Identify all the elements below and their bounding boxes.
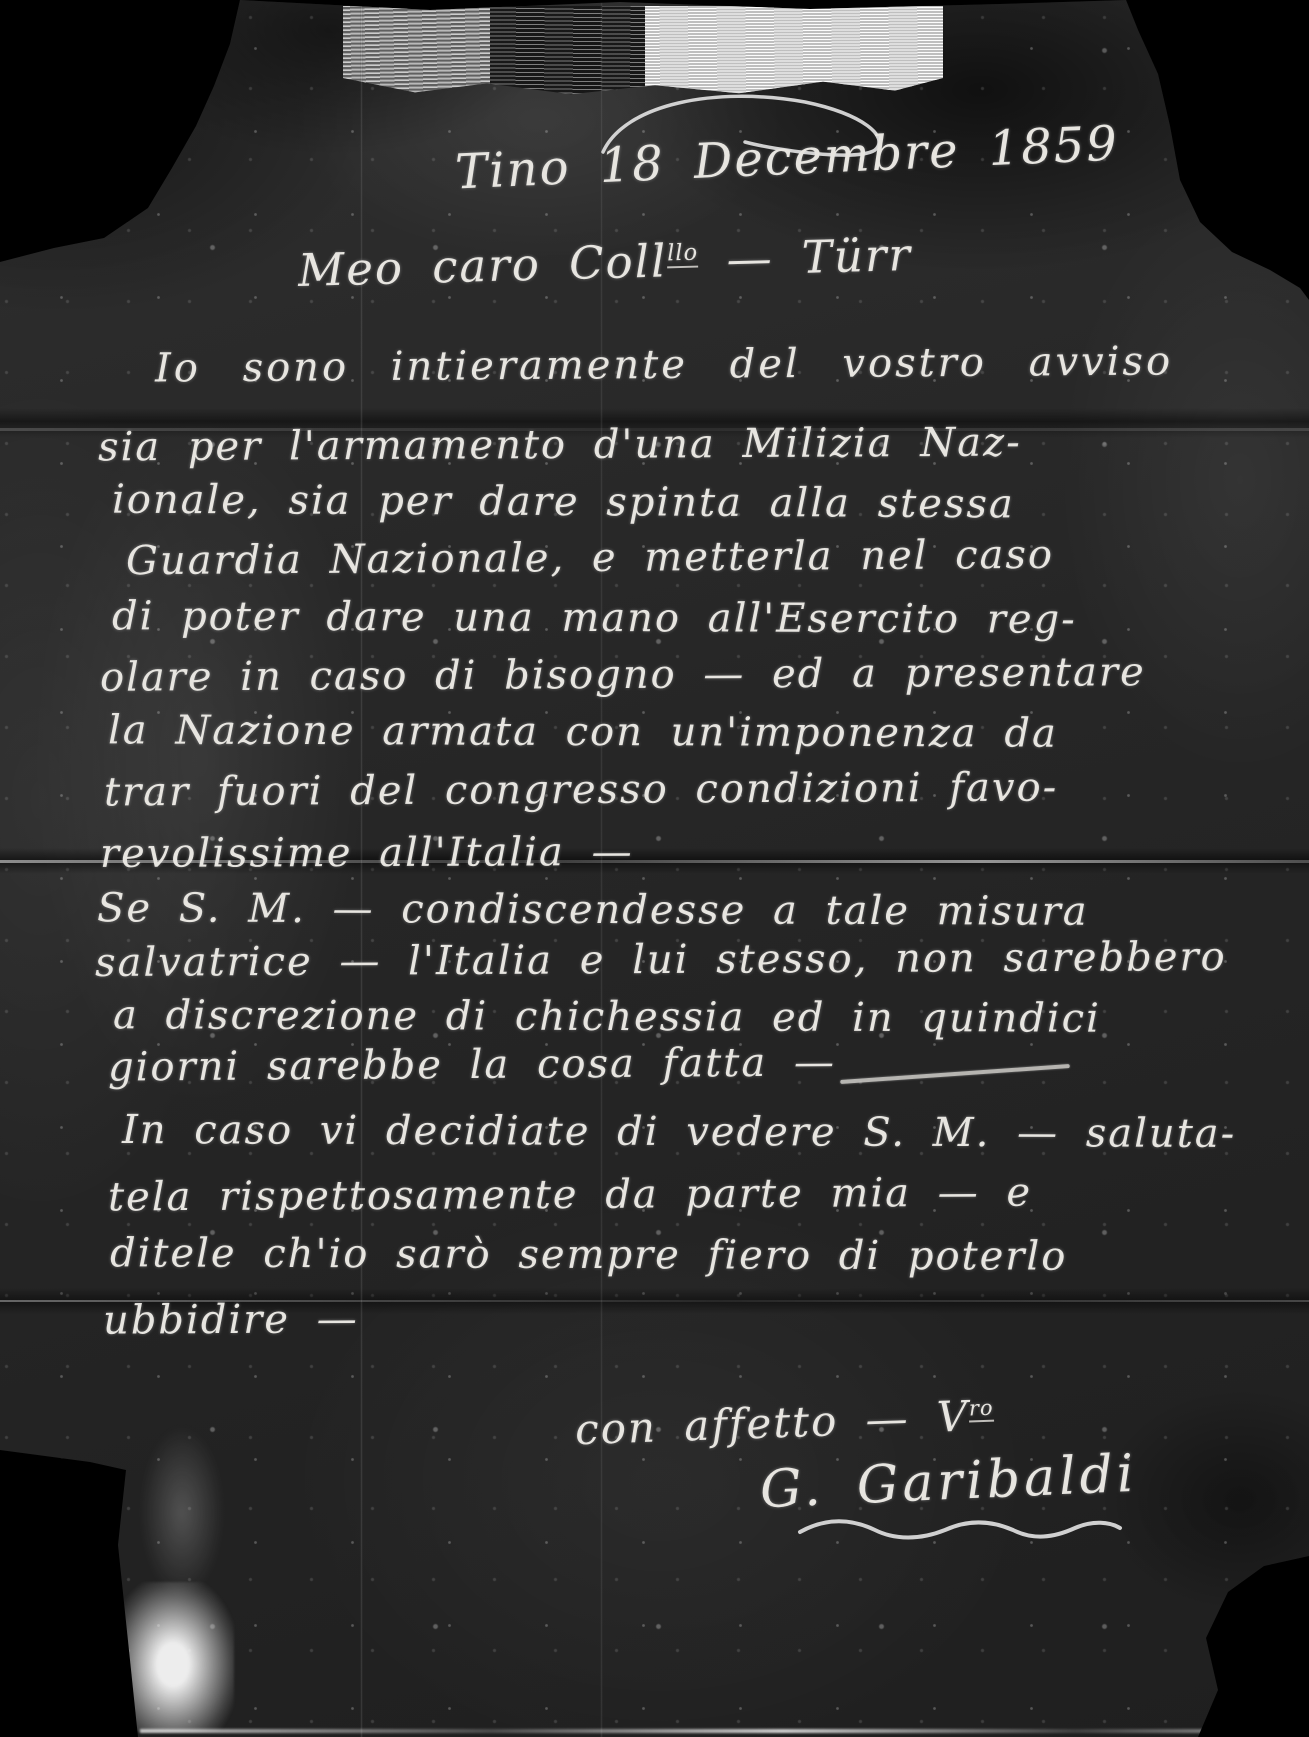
body-line: ditele ch'io sarò sempre fiero di poterl… bbox=[110, 1233, 1067, 1276]
body-line: tela rispettosamente da parte mia — e bbox=[108, 1173, 1032, 1218]
strikethrough-mark bbox=[840, 1064, 1070, 1084]
closing-superscript: ro bbox=[968, 1396, 994, 1423]
salutation: Meo caro Collllo — Türr bbox=[297, 228, 912, 297]
body-line: Guardia Nazionale, e metterla nel caso bbox=[126, 535, 1054, 581]
salutation-superscript: llo bbox=[667, 240, 699, 269]
body-line: giorni sarebbe la cosa fatta — bbox=[108, 1042, 836, 1087]
closing: con affetto — Vro bbox=[574, 1391, 994, 1455]
body-line: salvatrice — l'Italia e lui stesso, non … bbox=[95, 937, 1227, 983]
body-line: a discrezione di chichessia ed in quindi… bbox=[113, 995, 1101, 1038]
body-line: sia per l'armamento d'una Milizia Naz- bbox=[98, 423, 1022, 468]
tape-segment-dark bbox=[490, 6, 645, 96]
body-line: olare in caso di bisogno — ed a presenta… bbox=[100, 652, 1146, 697]
body-line: di poter dare una mano all'Esercito reg- bbox=[112, 596, 1077, 639]
salutation-text: Meo caro Coll bbox=[297, 234, 668, 297]
letter-paper: Tino 18 Decembre 1859 Meo caro Collllo —… bbox=[0, 0, 1309, 1737]
tape-segment-light bbox=[343, 6, 490, 96]
dateline: Tino 18 Decembre 1859 bbox=[454, 116, 1120, 201]
body-line: trar fuori del congresso condizioni favo… bbox=[104, 768, 1058, 813]
body-line: ubbidire — bbox=[103, 1299, 359, 1340]
body-line: Se S. M. — condiscendesse a tale misura bbox=[97, 888, 1089, 931]
stain-white-blob bbox=[112, 1582, 234, 1732]
body-line: In caso vi decidiate di vedere S. M. — s… bbox=[122, 1110, 1236, 1154]
body-line: Io sono intieramente del vostro avviso bbox=[155, 341, 1173, 388]
body-line: la Nazione armata con un'imponenza da bbox=[108, 710, 1058, 753]
scan-background: Tino 18 Decembre 1859 Meo caro Collllo —… bbox=[0, 0, 1309, 1737]
signature-flourish bbox=[795, 1512, 1125, 1548]
salutation-addressee: — Türr bbox=[726, 228, 913, 286]
body-line: ionale, sia per dare spinta alla stessa bbox=[112, 480, 1015, 525]
scan-bottom-edge-highlight bbox=[140, 1729, 1309, 1733]
body-line: revolissime all'Italia — bbox=[100, 832, 634, 874]
conservation-tape-band bbox=[343, 6, 943, 96]
closing-text: con affetto — V bbox=[574, 1392, 970, 1455]
signature: G. Garibaldi bbox=[759, 1444, 1139, 1520]
stain-streak bbox=[140, 1425, 224, 1600]
tape-segment-bright bbox=[645, 6, 943, 96]
